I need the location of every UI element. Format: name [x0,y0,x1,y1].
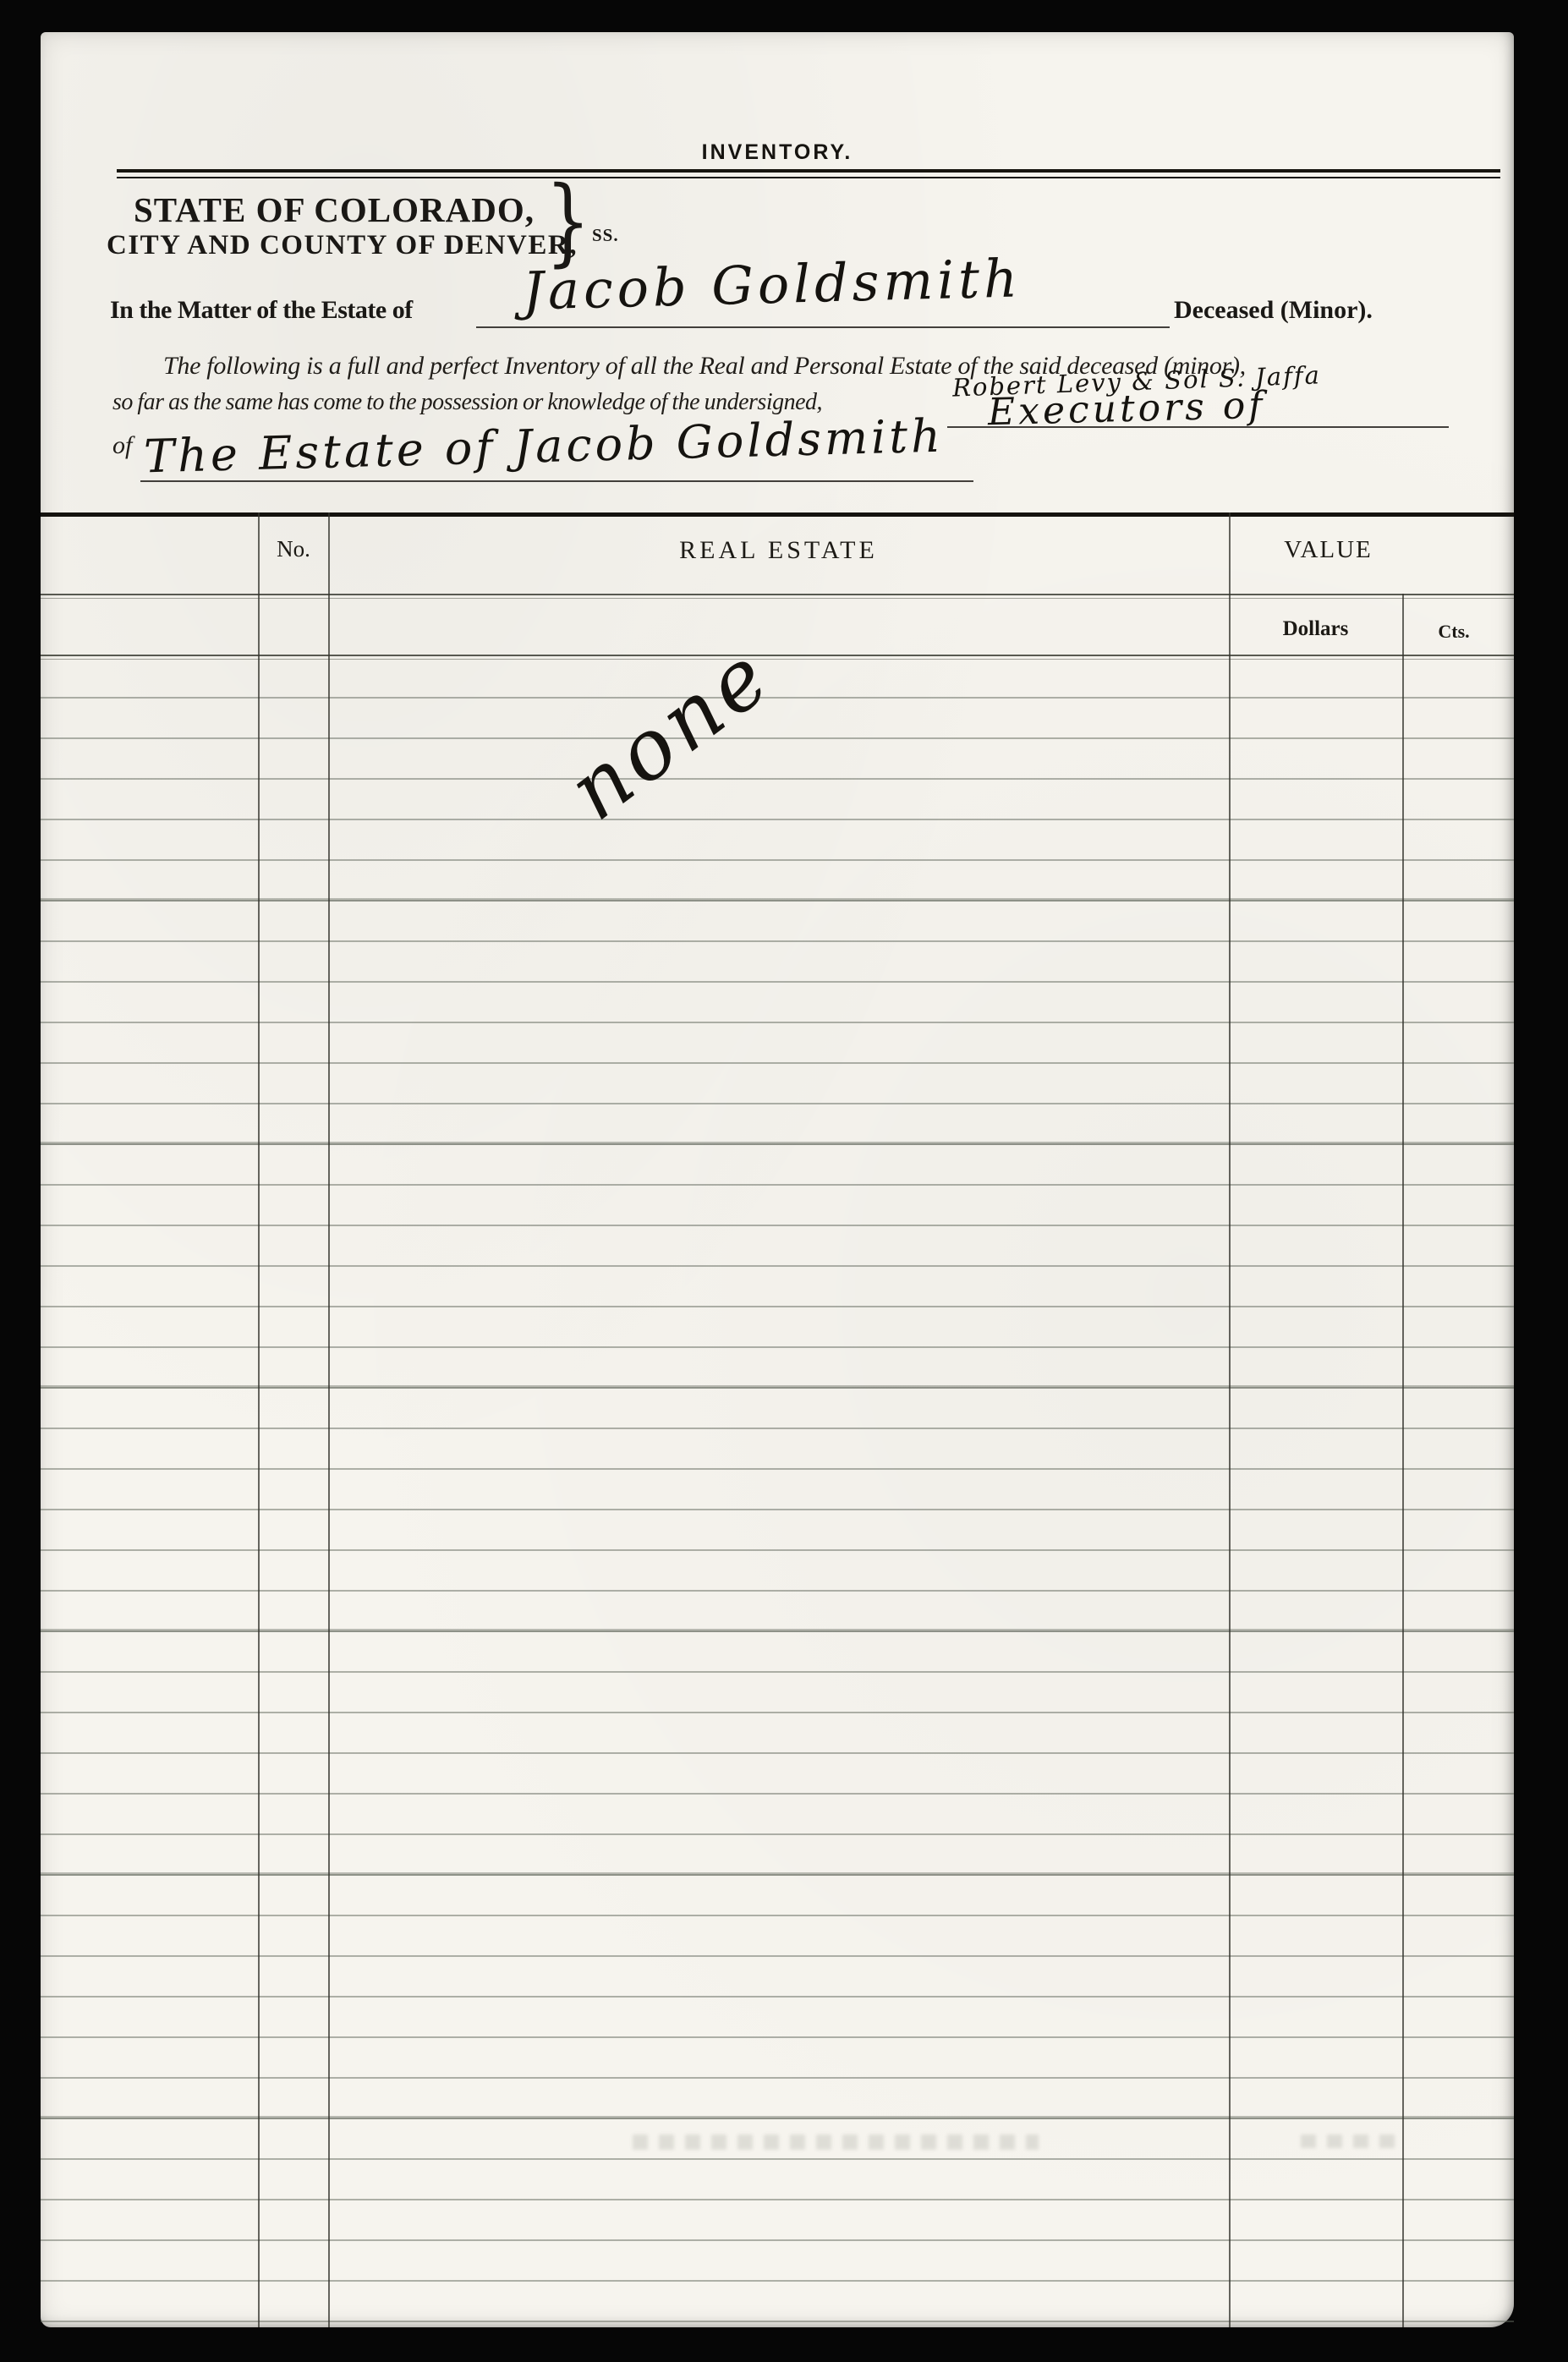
decedent-name-handwriting: Jacob Goldsmith [522,247,1022,321]
vline-dollars [1229,512,1231,2327]
county-line: CITY AND COUNTY OF DENVER, [107,230,578,261]
ss-brace-glyph: } [546,174,590,269]
header-rule [41,594,1514,599]
caption-prefix: In the Matter of the Estate of [110,296,413,325]
bleed-through-smudge [633,2135,1039,2150]
vline-no-right [328,512,330,2327]
scan-background: { "document": { "form_title": "INVENTORY… [0,0,1568,2362]
column-header-dollars: Dollars [1229,617,1402,641]
column-header-value: VALUE [1229,536,1428,564]
column-header-real-estate: REAL ESTATE [328,536,1229,565]
of-underline [140,480,973,482]
estate-handwriting: The Estate of Jacob Goldsmith [143,409,944,484]
of-label: of [112,431,132,460]
bleed-through-smudge-right [1301,2135,1402,2148]
table-top-rule [41,512,1514,517]
column-header-no: No. [256,536,331,562]
column-header-cts: Cts. [1402,621,1505,643]
ruled-lines [41,658,1514,2327]
state-line: STATE OF COLORADO, [134,189,535,230]
caption-underline [476,326,1170,328]
form-title: INVENTORY. [41,140,1514,165]
capacity-handwriting: Executors of [987,384,1266,435]
title-double-rule [117,169,1500,178]
paper-sheet: INVENTORY. STATE OF COLORADO, CITY AND C… [41,32,1514,2327]
vline-cts [1402,594,1404,2327]
caption-suffix: Deceased (Minor). [1174,296,1373,325]
ss-label: SS. [592,225,619,246]
declaration-line-2: so far as the same has come to the posse… [112,389,822,416]
vline-no-left [258,512,260,2327]
